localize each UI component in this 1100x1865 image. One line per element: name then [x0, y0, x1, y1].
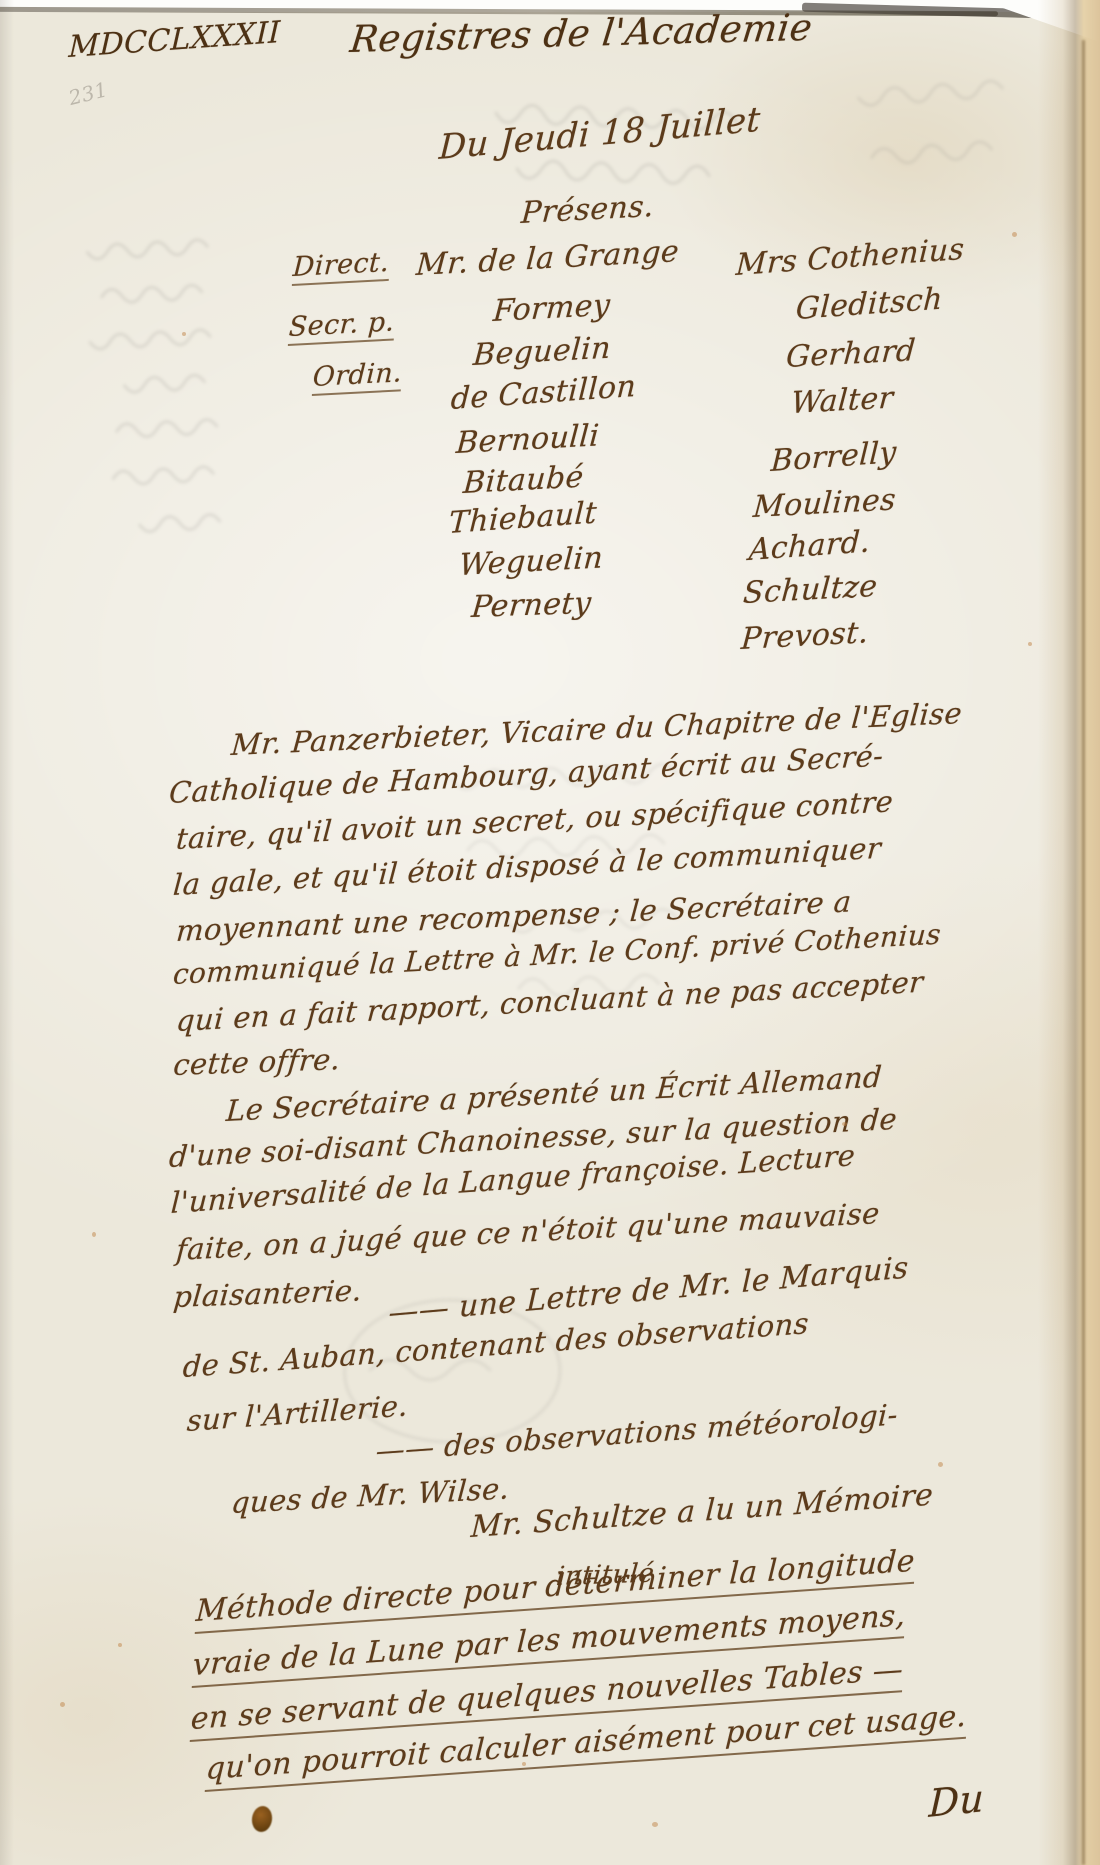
- attendee-name: Beguelin: [472, 331, 612, 373]
- foxing-speck: [182, 332, 186, 336]
- role-label-direct: Direct.: [292, 247, 390, 283]
- role-label-secr: Secr. p.: [288, 306, 395, 343]
- foxing-speck: [842, 1122, 847, 1126]
- gutter-crease: [1082, 40, 1085, 1865]
- foxing-speck: [1028, 642, 1032, 646]
- book-gutter: [1038, 0, 1100, 1865]
- attendee-name: Pernety: [470, 586, 593, 625]
- catchword: Du: [928, 1776, 985, 1826]
- foxing-speck: [60, 1702, 65, 1707]
- foxing-speck: [1012, 232, 1017, 237]
- attendee-name: Formey: [492, 288, 611, 329]
- bleedthrough-ghost: [785, 47, 1025, 213]
- bleedthrough-ghost: [46, 221, 234, 569]
- attendee-name: Schultze: [742, 569, 879, 611]
- attendee-name: Bitaubé: [462, 460, 585, 501]
- role-label-ordin: Ordin.: [312, 357, 403, 393]
- attendee-name: Prevost.: [740, 615, 870, 657]
- body-line: plaisanterie.: [172, 1273, 364, 1314]
- body-line: cette offre.: [172, 1042, 342, 1082]
- left-edge-shadow: [0, 0, 14, 1865]
- foxing-speck: [522, 1762, 526, 1766]
- foxing-speck: [92, 1232, 96, 1237]
- foxing-speck: [938, 1462, 943, 1467]
- manuscript-page-scan: MDCCLXXXII Registres de l'Academie 231 D…: [0, 0, 1100, 1865]
- foxing-speck: [118, 1643, 122, 1647]
- attendee-name: Walter: [790, 380, 895, 421]
- presens-label: Présens.: [520, 189, 655, 231]
- attendee-name: Gerhard: [785, 333, 917, 375]
- foxing-speck: [652, 1822, 658, 1827]
